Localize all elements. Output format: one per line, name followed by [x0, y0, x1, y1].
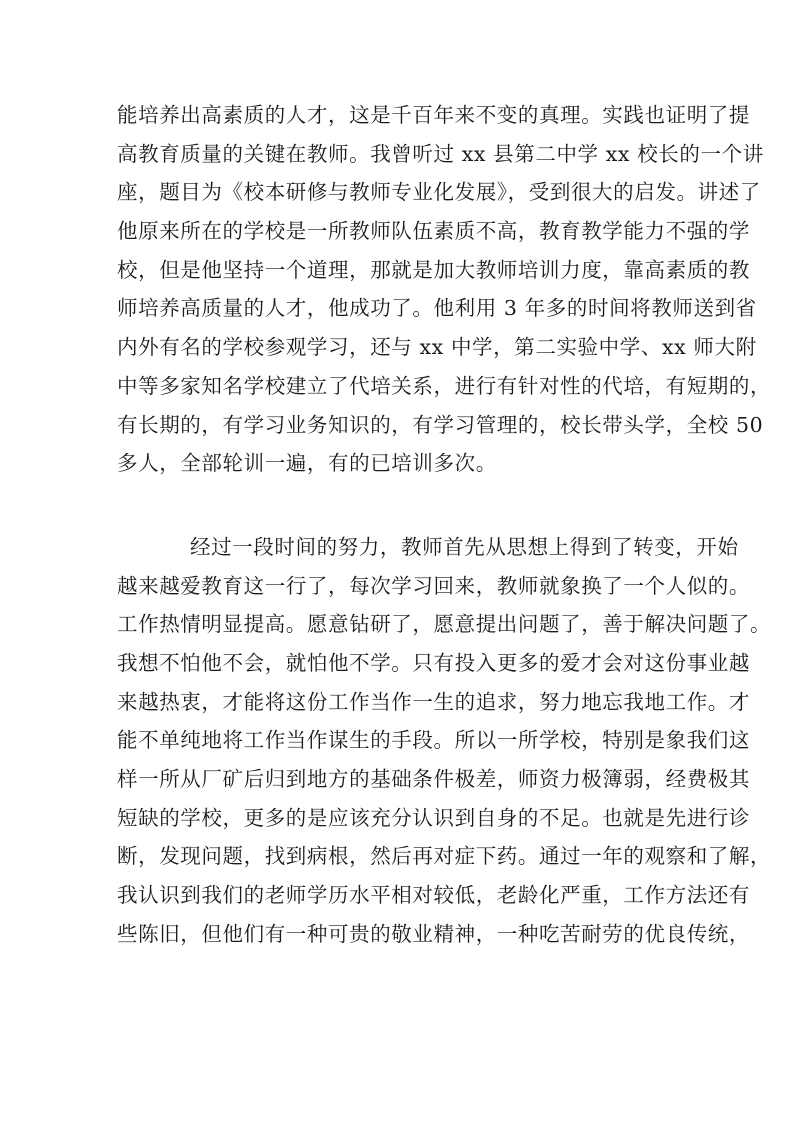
text-line: 中等多家知名学校建立了代培关系，进行有针对性的代培，有短期的，	[117, 371, 679, 410]
text-line-indented: 经过一段时间的努力，教师首先从思想上得到了转变，开始	[117, 532, 679, 571]
paragraph-1: 能培养出高素质的人才，这是千百年来不变的真理。实践也证明了提 高教育质量的关键在…	[117, 100, 679, 487]
document-page: 能培养出高素质的人才，这是千百年来不变的真理。实践也证明了提 高教育质量的关键在…	[117, 100, 679, 957]
paragraph-2: 经过一段时间的努力，教师首先从思想上得到了转变，开始 越来越爱教育这一行了，每次…	[117, 532, 679, 958]
text-line: 我认识到我们的老师学历水平相对较低，老龄化严重，工作方法还有	[117, 880, 679, 919]
text-line: 师培养高质量的人才，他成功了。他利用 3 年多的时间将教师送到省	[117, 293, 679, 332]
text-line: 能培养出高素质的人才，这是千百年来不变的真理。实践也证明了提	[117, 100, 679, 139]
text-line: 越来越爱教育这一行了，每次学习回来，教师就象换了一个人似的。	[117, 571, 679, 610]
text-line: 断，发现问题，找到病根，然后再对症下药。通过一年的观察和了解，	[117, 841, 679, 880]
text-line: 工作热情明显提高。愿意钻研了，愿意提出问题了，善于解决问题了。	[117, 609, 679, 648]
text-line: 能不单纯地将工作当作谋生的手段。所以一所学校，特别是象我们这	[117, 725, 679, 764]
text-line: 校，但是他坚持一个道理，那就是加大教师培训力度，靠高素质的教	[117, 255, 679, 294]
paragraph-spacer	[117, 487, 679, 532]
text-line: 有长期的，有学习业务知识的，有学习管理的，校长带头学，全校 50	[117, 410, 679, 449]
text-line: 来越热衷，才能将这份工作当作一生的追求，努力地忘我地工作。才	[117, 687, 679, 726]
text-line: 多人，全部轮训一遍，有的已培训多次。	[117, 448, 679, 487]
text-line: 内外有名的学校参观学习，还与 xx 中学，第二实验中学、xx 师大附	[117, 332, 679, 371]
text-line: 他原来所在的学校是一所教师队伍素质不高，教育教学能力不强的学	[117, 216, 679, 255]
text-line: 短缺的学校，更多的是应该充分认识到自身的不足。也就是先进行诊	[117, 803, 679, 842]
text-line: 样一所从厂矿后归到地方的基础条件极差，师资力极簿弱，经费极其	[117, 764, 679, 803]
text-line: 座，题目为《校本研修与教师专业化发展》，受到很大的启发。讲述了	[117, 177, 679, 216]
text-line: 些陈旧，但他们有一种可贵的敬业精神，一种吃苦耐劳的优良传统，	[117, 919, 679, 958]
text-line: 高教育质量的关键在教师。我曾听过 xx 县第二中学 xx 校长的一个讲	[117, 139, 679, 178]
text-line: 我想不怕他不会，就怕他不学。只有投入更多的爱才会对这份事业越	[117, 648, 679, 687]
